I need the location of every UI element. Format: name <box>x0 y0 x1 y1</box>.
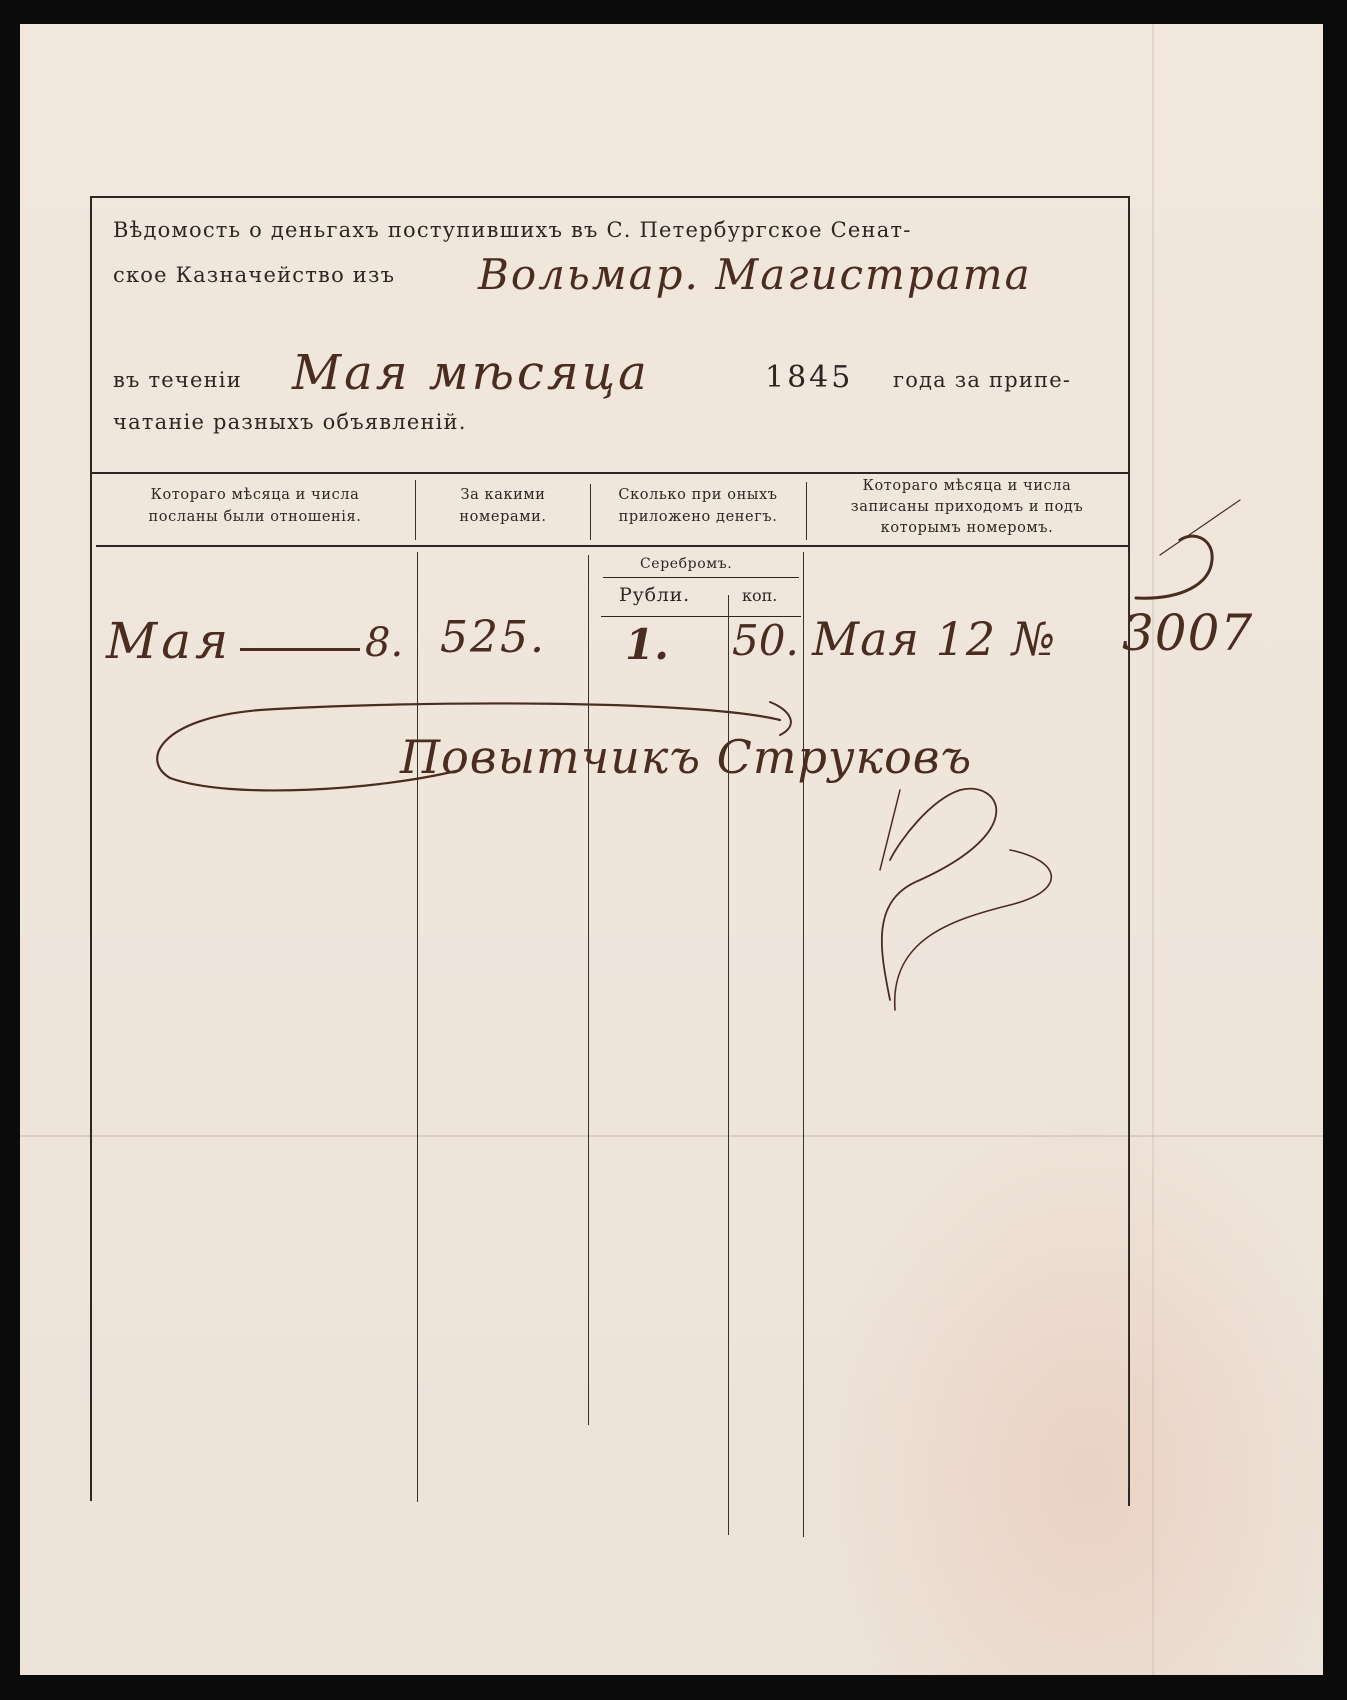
signature-flourish <box>0 0 1347 1700</box>
signature: Повытчикъ Струковъ <box>400 730 972 784</box>
